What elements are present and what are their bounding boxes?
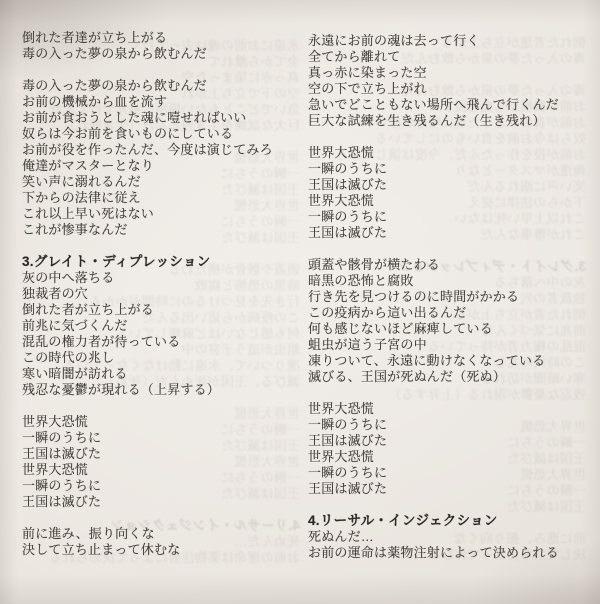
lyric-line: 一瞬のうちに — [308, 465, 592, 481]
lyric-line: 王国は滅びた — [22, 446, 294, 462]
lyrics-columns: 倒れた者達が立ち上がる毒の入った夢の泉から飲むんだ毒の入った夢の泉から飲むんだお… — [0, 0, 600, 604]
stanza: 永遠にお前の魂は去って行く全てから離れて真っ赤に染まった空空の下で立ち上がれ急い… — [308, 33, 592, 129]
lyric-line: 独裁者の穴 — [22, 286, 294, 302]
lyric-line: 死ぬんだ… — [308, 529, 592, 545]
lyric-line: 王国は滅びた — [22, 494, 294, 510]
stanza: 倒れた者達が立ち上がる毒の入った夢の泉から飲むんだ — [22, 30, 294, 62]
lyric-line: お前が食おうとした魂に噎せればいい — [22, 110, 294, 126]
lyric-line: 前兆に気づくんだ — [22, 318, 294, 334]
lyrics-column-right: 永遠にお前の魂は去って行く全てから離れて真っ赤に染まった空空の下で立ち上がれ急い… — [308, 33, 592, 577]
lyric-line: 王国は滅びた — [308, 481, 592, 497]
lyric-line: 一瞬のうちに — [308, 417, 592, 433]
lyric-line: 寒い暗闇が訪れる — [22, 366, 294, 382]
lyric-line: 急いでどこともない場所へ飛んで行くんだ — [308, 97, 592, 113]
track-title: 4.リーサル・インジェクション — [308, 513, 592, 529]
lyric-line: 世界大恐慌 — [308, 449, 592, 465]
stanza: 世界大恐慌一瞬のうちに王国は滅びた世界大恐慌一瞬のうちに王国は滅びた — [22, 414, 294, 510]
stanza: 毒の入った夢の泉から飲むんだお前の機械から血を流すお前が食おうとした魂に噎せれば… — [22, 78, 294, 238]
lyric-line: 世界大恐慌 — [308, 145, 592, 161]
lyric-line: お前の機械から血を流す — [22, 94, 294, 110]
lyric-line: 奴らは今お前を食いものにしている — [22, 126, 294, 142]
lyric-line: 巨大な試練を生き残るんだ（生き残れ） — [308, 113, 592, 129]
lyric-line: 決して立ち止まって休むな — [22, 542, 294, 558]
lyric-line: お前の運命は薬物注射によって決められる — [308, 545, 592, 561]
lyric-line: 頭蓋や骸骨が横たわる — [308, 257, 592, 273]
lyric-line: 一瞬のうちに — [308, 209, 592, 225]
lyric-line: 凍りついて、永遠に動けなくなっている — [308, 353, 592, 369]
lyric-line: 世界大恐慌 — [22, 414, 294, 430]
lyric-line: 毒の入った夢の泉から飲むんだ — [22, 78, 294, 94]
lyric-line: 何も感じないほど麻痺している — [308, 321, 592, 337]
stanza: 前に進み、振り向くな決して立ち止まって休むな — [22, 526, 294, 558]
lyric-line: 蛆虫が這う子宮の中 — [308, 337, 592, 353]
lyric-line: 真っ赤に染まった空 — [308, 65, 592, 81]
lyric-line: 世界大恐慌 — [308, 401, 592, 417]
lyric-line: 全てから離れて — [308, 49, 592, 65]
lyric-line: 王国は滅びた — [308, 225, 592, 241]
lyric-line: 残忍な憂鬱が現れる（上昇する） — [22, 382, 294, 398]
lyric-line: 滅びる、王国が死ぬんだ（死ぬ） — [308, 369, 592, 385]
lyric-line: 世界大恐慌 — [308, 193, 592, 209]
stanza: 頭蓋や骸骨が横たわる暗黒の恐怖と腐敗行き先を見つけるのに時間がかかるこの疫病から… — [308, 257, 592, 385]
lyric-line: 下からの法律に従え — [22, 190, 294, 206]
lyrics-booklet-page: 倒れた者達が立ち上がる毒の入った夢の泉から飲むんだ毒の入った夢の泉から飲むんだお… — [0, 0, 600, 604]
stanza: 世界大恐慌一瞬のうちに王国は滅びた世界大恐慌一瞬のうちに王国は滅びた — [308, 145, 592, 241]
track-title: 3.グレイト・ディプレッション — [22, 254, 294, 270]
lyrics-column-left: 倒れた者達が立ち上がる毒の入った夢の泉から飲むんだ毒の入った夢の泉から飲むんだお… — [22, 30, 294, 574]
lyric-line: 空の下で立ち上がれ — [308, 81, 592, 97]
lyric-line: 一瞬のうちに — [308, 161, 592, 177]
stanza: 4.リーサル・インジェクション死ぬんだ…お前の運命は薬物注射によって決められる — [308, 513, 592, 561]
lyric-line: これ以上早い死はない — [22, 206, 294, 222]
lyric-line: 前に進み、振り向くな — [22, 526, 294, 542]
lyric-line: 毒の入った夢の泉から飲むんだ — [22, 46, 294, 62]
lyric-line: 王国は滅びた — [308, 433, 592, 449]
lyric-line: 一瞬のうちに — [22, 430, 294, 446]
lyric-line: これが惨事なんだ — [22, 222, 294, 238]
lyric-line: この疫病から這い出るんだ — [308, 305, 592, 321]
lyric-line: 一瞬のうちに — [22, 478, 294, 494]
stanza: 3.グレイト・ディプレッション灰の中へ落ちる独裁者の穴倒れた者が立ち上がる前兆に… — [22, 254, 294, 398]
lyric-line: 灰の中へ落ちる — [22, 270, 294, 286]
lyric-line: 暗黒の恐怖と腐敗 — [308, 273, 592, 289]
lyric-line: 世界大恐慌 — [22, 462, 294, 478]
lyric-line: 混乱の権力者が待っている — [22, 334, 294, 350]
lyric-line: 行き先を見つけるのに時間がかかる — [308, 289, 592, 305]
lyric-line: 倒れた者達が立ち上がる — [22, 30, 294, 46]
lyric-line: 笑い声に溺れるんだ — [22, 174, 294, 190]
stanza: 世界大恐慌一瞬のうちに王国は滅びた世界大恐慌一瞬のうちに王国は滅びた — [308, 401, 592, 497]
lyric-line: 俺達がマスターとなり — [22, 158, 294, 174]
lyric-line: お前が役を作ったんだ、今度は演じてみろ — [22, 142, 294, 158]
lyric-line: 王国は滅びた — [308, 177, 592, 193]
lyric-line: この時代の兆し — [22, 350, 294, 366]
lyric-line: 永遠にお前の魂は去って行く — [308, 33, 592, 49]
lyric-line: 倒れた者が立ち上がる — [22, 302, 294, 318]
